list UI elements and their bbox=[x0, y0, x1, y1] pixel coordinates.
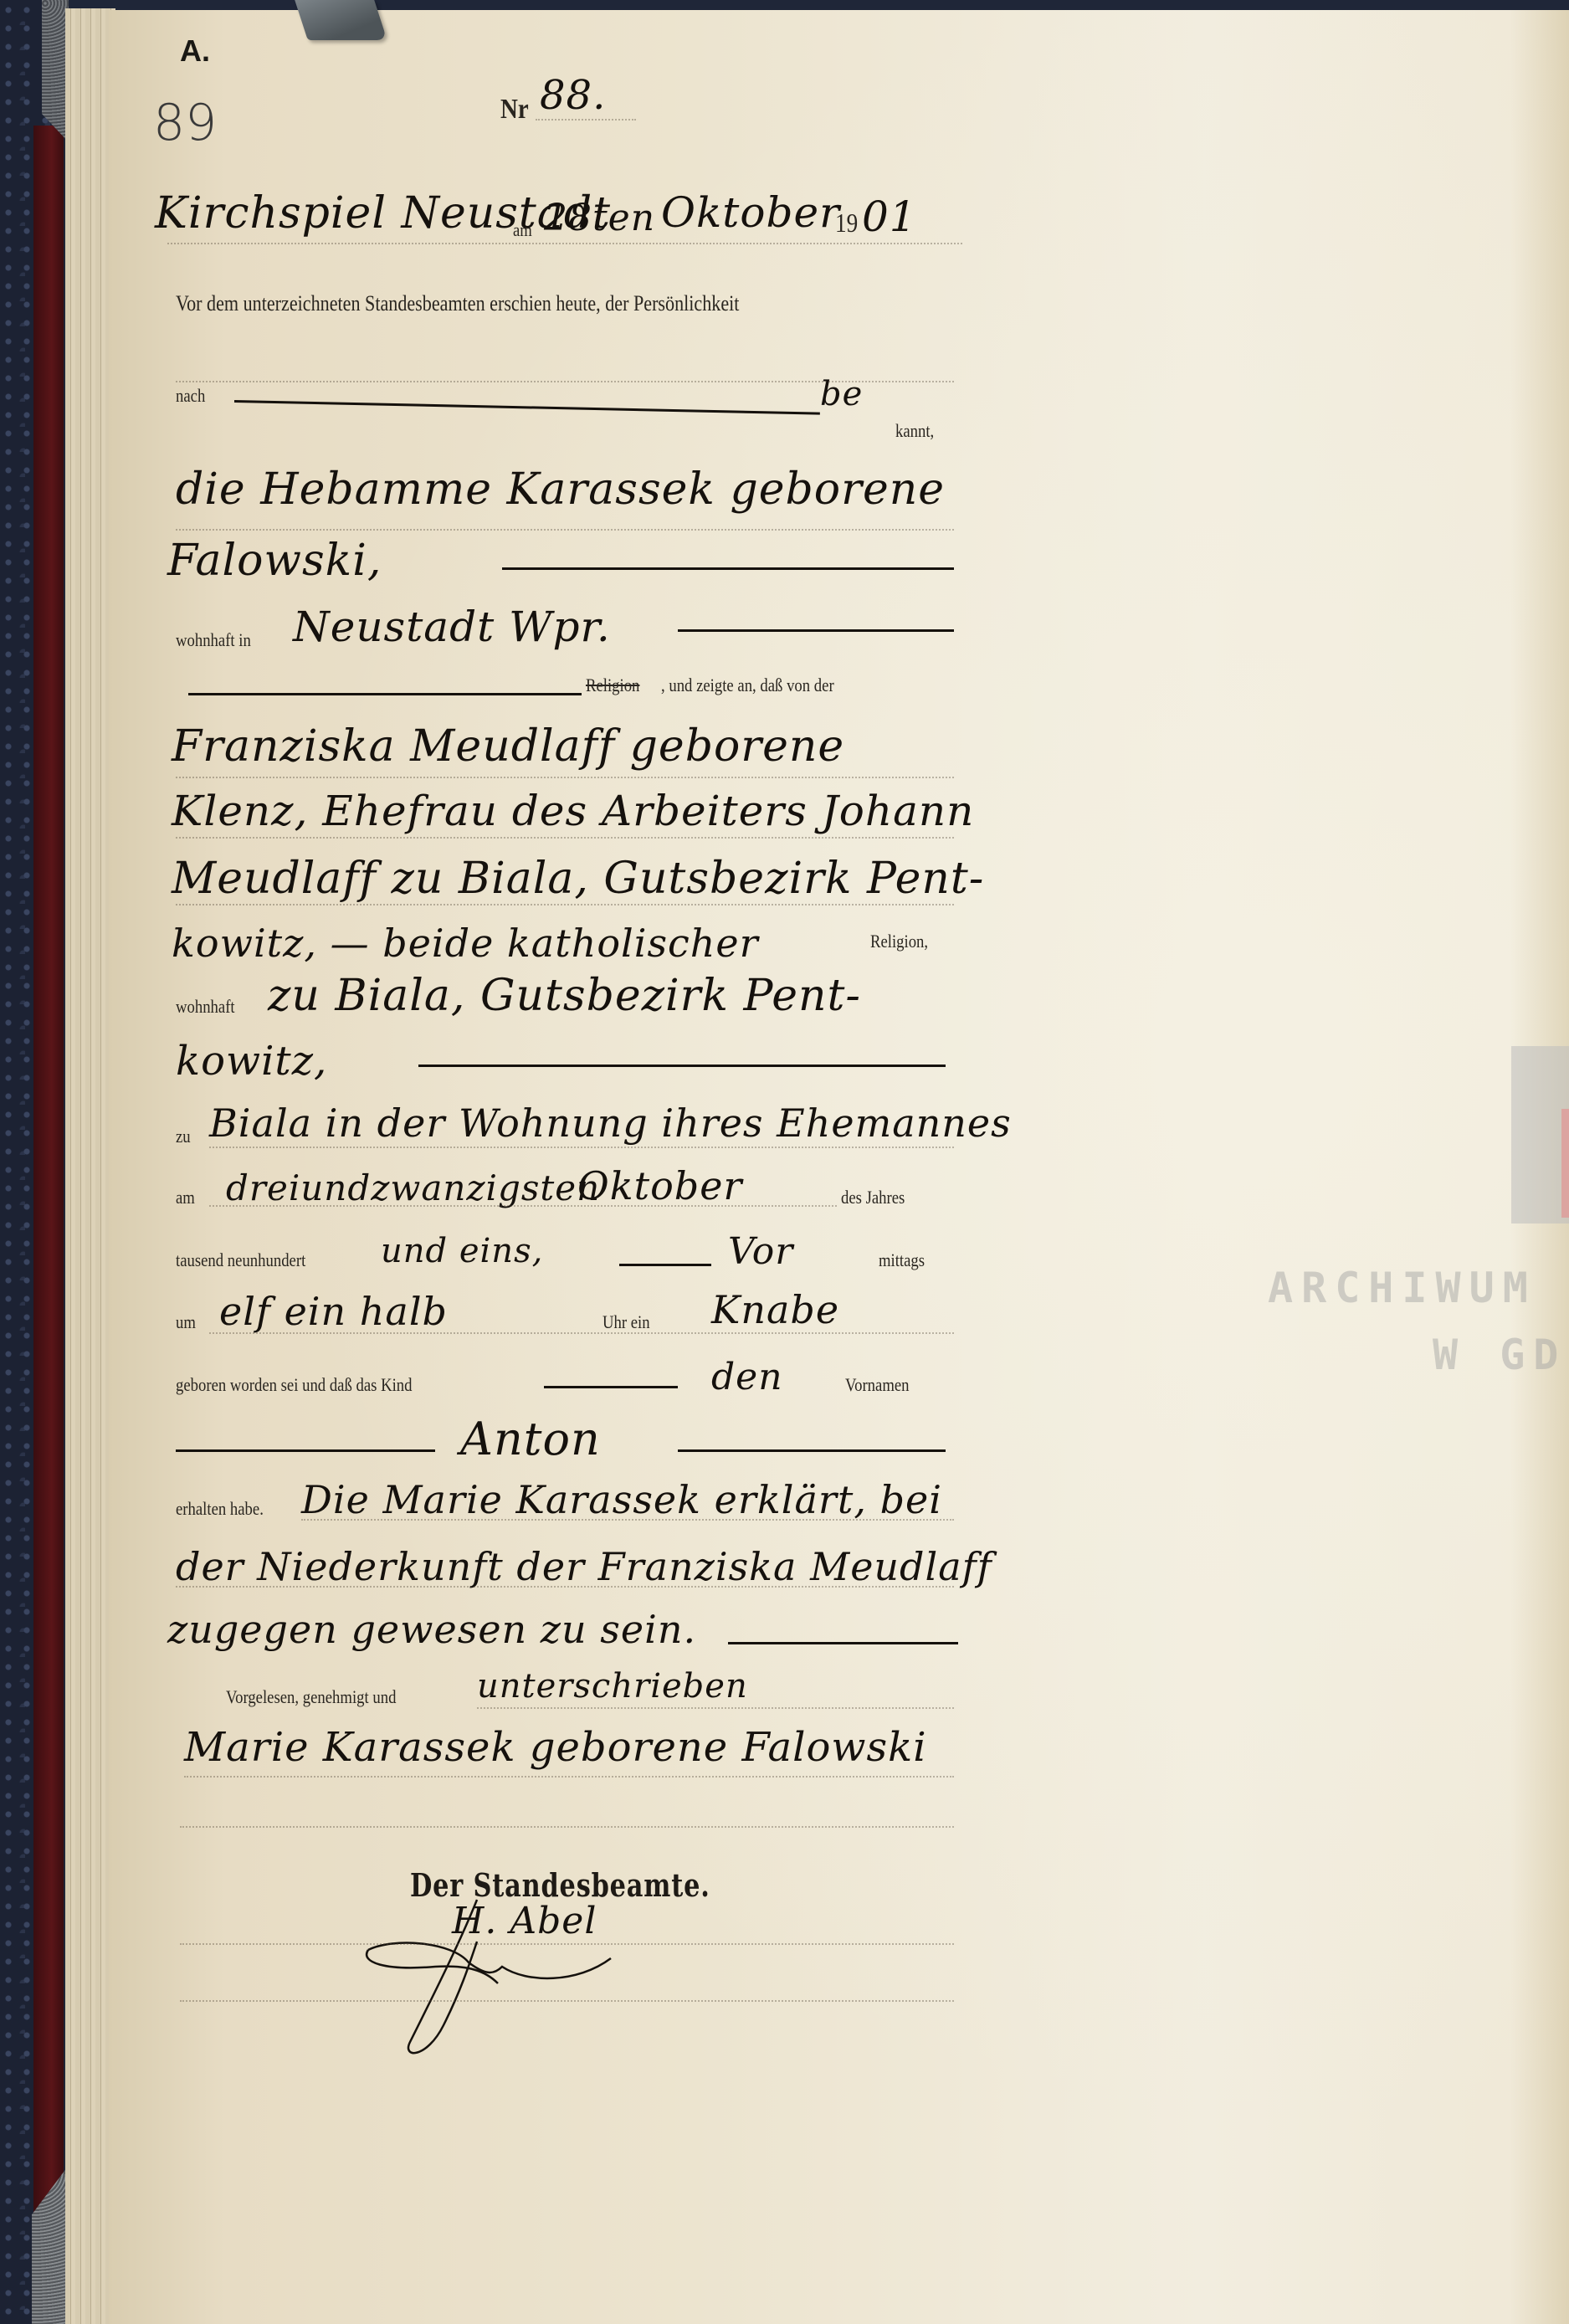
religion-struck: Religion bbox=[586, 675, 639, 696]
birth-day-rule bbox=[209, 1205, 837, 1207]
remark-rule-2 bbox=[176, 1586, 954, 1588]
child-sex: Knabe bbox=[711, 1287, 839, 1332]
registrar-signature: H. Abel bbox=[452, 1900, 597, 1942]
informant-line-1: die Hebamme Karassek geborene bbox=[176, 464, 945, 515]
year-fill-stroke bbox=[619, 1264, 711, 1266]
signature-rule-2 bbox=[180, 1826, 954, 1828]
register-no-rule bbox=[536, 119, 636, 121]
birth-place-rule bbox=[209, 1147, 954, 1148]
date-day: 28ten bbox=[544, 197, 655, 239]
mother-rule-1 bbox=[176, 777, 954, 778]
name-fill-stroke-right bbox=[678, 1449, 946, 1452]
remark-rule-1 bbox=[301, 1519, 954, 1521]
page-stack-edge bbox=[65, 8, 115, 2324]
intro-text: Vor dem unterzeichneten Standesbeamten e… bbox=[176, 291, 739, 316]
des-jahres-label: des Jahres bbox=[841, 1187, 905, 1208]
registrar-rule-2 bbox=[180, 2000, 954, 2002]
vorgelesen-value: unterschrieben bbox=[477, 1667, 748, 1706]
bekannt-suffix: kannt, bbox=[895, 420, 934, 442]
remark-line-3: zugegen gewesen zu sein. bbox=[167, 1607, 696, 1652]
residence-fill-stroke bbox=[418, 1065, 946, 1067]
birth-time: elf ein halb bbox=[219, 1289, 448, 1334]
birth-month: Oktober bbox=[577, 1163, 742, 1208]
wohnhaft-label: wohnhaft bbox=[176, 996, 235, 1018]
religion-clause: , und zeigte an, daß von der bbox=[661, 675, 834, 696]
metal-clip bbox=[295, 0, 387, 40]
registrar-rule-1 bbox=[180, 1943, 954, 1945]
religion-fill-stroke bbox=[188, 693, 582, 695]
place-value: Kirchspiel Neustadt bbox=[155, 188, 611, 239]
folio-number: 89 bbox=[153, 94, 217, 152]
wohnhaft-in-value: Neustadt Wpr. bbox=[293, 603, 611, 651]
nach-label: nach bbox=[176, 385, 205, 407]
book-cover-edge bbox=[33, 126, 64, 2301]
date-rule bbox=[167, 243, 962, 244]
birth-day: dreiundzwanzigsten bbox=[226, 1167, 600, 1208]
form-letter: A. bbox=[180, 33, 210, 69]
vorgelesen-label: Vorgelesen, genehmigt und bbox=[226, 1686, 396, 1708]
mother-line-4: kowitz, — beide katholischer bbox=[172, 921, 759, 966]
mittags-label: mittags bbox=[879, 1249, 925, 1271]
residence-line-1: zu Biala, Gutsbezirk Pent- bbox=[268, 971, 861, 1021]
informant-line-2: Falowski, bbox=[167, 536, 382, 586]
watermark-line-1: ARCHIWUM bbox=[1268, 1264, 1536, 1312]
informant-rule-1 bbox=[176, 529, 954, 531]
birth-year-words: und eins, bbox=[381, 1232, 543, 1270]
religion-label: Religion, bbox=[870, 931, 928, 952]
remark-line-2: der Niederkunft der Franziska Meudlaff bbox=[176, 1544, 992, 1589]
date-month: Oktober bbox=[661, 188, 840, 237]
informant-fill-stroke bbox=[502, 567, 954, 570]
remark-fill-stroke bbox=[728, 1642, 958, 1644]
am-label-2: am bbox=[176, 1187, 195, 1208]
vor-nach-value: Vor bbox=[728, 1230, 793, 1273]
vorgelesen-rule bbox=[477, 1707, 954, 1709]
wohnhaft-in-label: wohnhaft in bbox=[176, 629, 251, 651]
mother-line-1: Franziska Meudlaff geborene bbox=[172, 721, 844, 772]
wohnhaft-fill-stroke bbox=[678, 629, 954, 632]
um-label: um bbox=[176, 1311, 196, 1333]
child-name: Anton bbox=[460, 1413, 601, 1465]
zu-label: zu bbox=[176, 1126, 191, 1147]
mother-rule-3 bbox=[176, 904, 954, 905]
watermark-logo-block bbox=[1511, 1046, 1569, 1224]
uhr-ein-label: Uhr ein bbox=[602, 1311, 650, 1333]
vornamen-label: Vornamen bbox=[845, 1374, 910, 1396]
nach-rule bbox=[176, 381, 954, 382]
birth-place: Biala in der Wohnung ihres Ehemannes bbox=[209, 1100, 1012, 1146]
den-value: den bbox=[711, 1356, 783, 1398]
name-fill-stroke-left bbox=[176, 1449, 435, 1452]
register-no-value: 88. bbox=[540, 72, 606, 119]
erhalten-label: erhalten habe. bbox=[176, 1498, 264, 1520]
register-no-label: Nr bbox=[500, 94, 529, 126]
year-suffix: 01 bbox=[862, 192, 917, 241]
informant-signature: Marie Karassek geborene Falowski bbox=[184, 1724, 927, 1771]
birth-time-rule bbox=[209, 1332, 954, 1334]
remark-line-1: Die Marie Karassek erklärt, bei bbox=[301, 1477, 942, 1522]
mother-line-3: Meudlaff zu Biala, Gutsbezirk Pent- bbox=[172, 854, 984, 904]
geboren-label: geboren worden sei und daß das Kind bbox=[176, 1374, 413, 1396]
mother-rule-2 bbox=[176, 837, 954, 839]
residence-line-2: kowitz, bbox=[176, 1038, 327, 1085]
kind-fill-stroke bbox=[544, 1386, 678, 1388]
watermark-line-2: W GD bbox=[1433, 1331, 1566, 1379]
am-label: am bbox=[513, 219, 532, 241]
signature-rule-1 bbox=[184, 1776, 954, 1778]
year-prefix: 19 bbox=[835, 208, 858, 239]
mother-line-2: Klenz, Ehefrau des Arbeiters Johann bbox=[172, 787, 974, 835]
watermark-logo-accent bbox=[1561, 1109, 1569, 1218]
tausend-label: tausend neunhundert bbox=[176, 1249, 305, 1271]
